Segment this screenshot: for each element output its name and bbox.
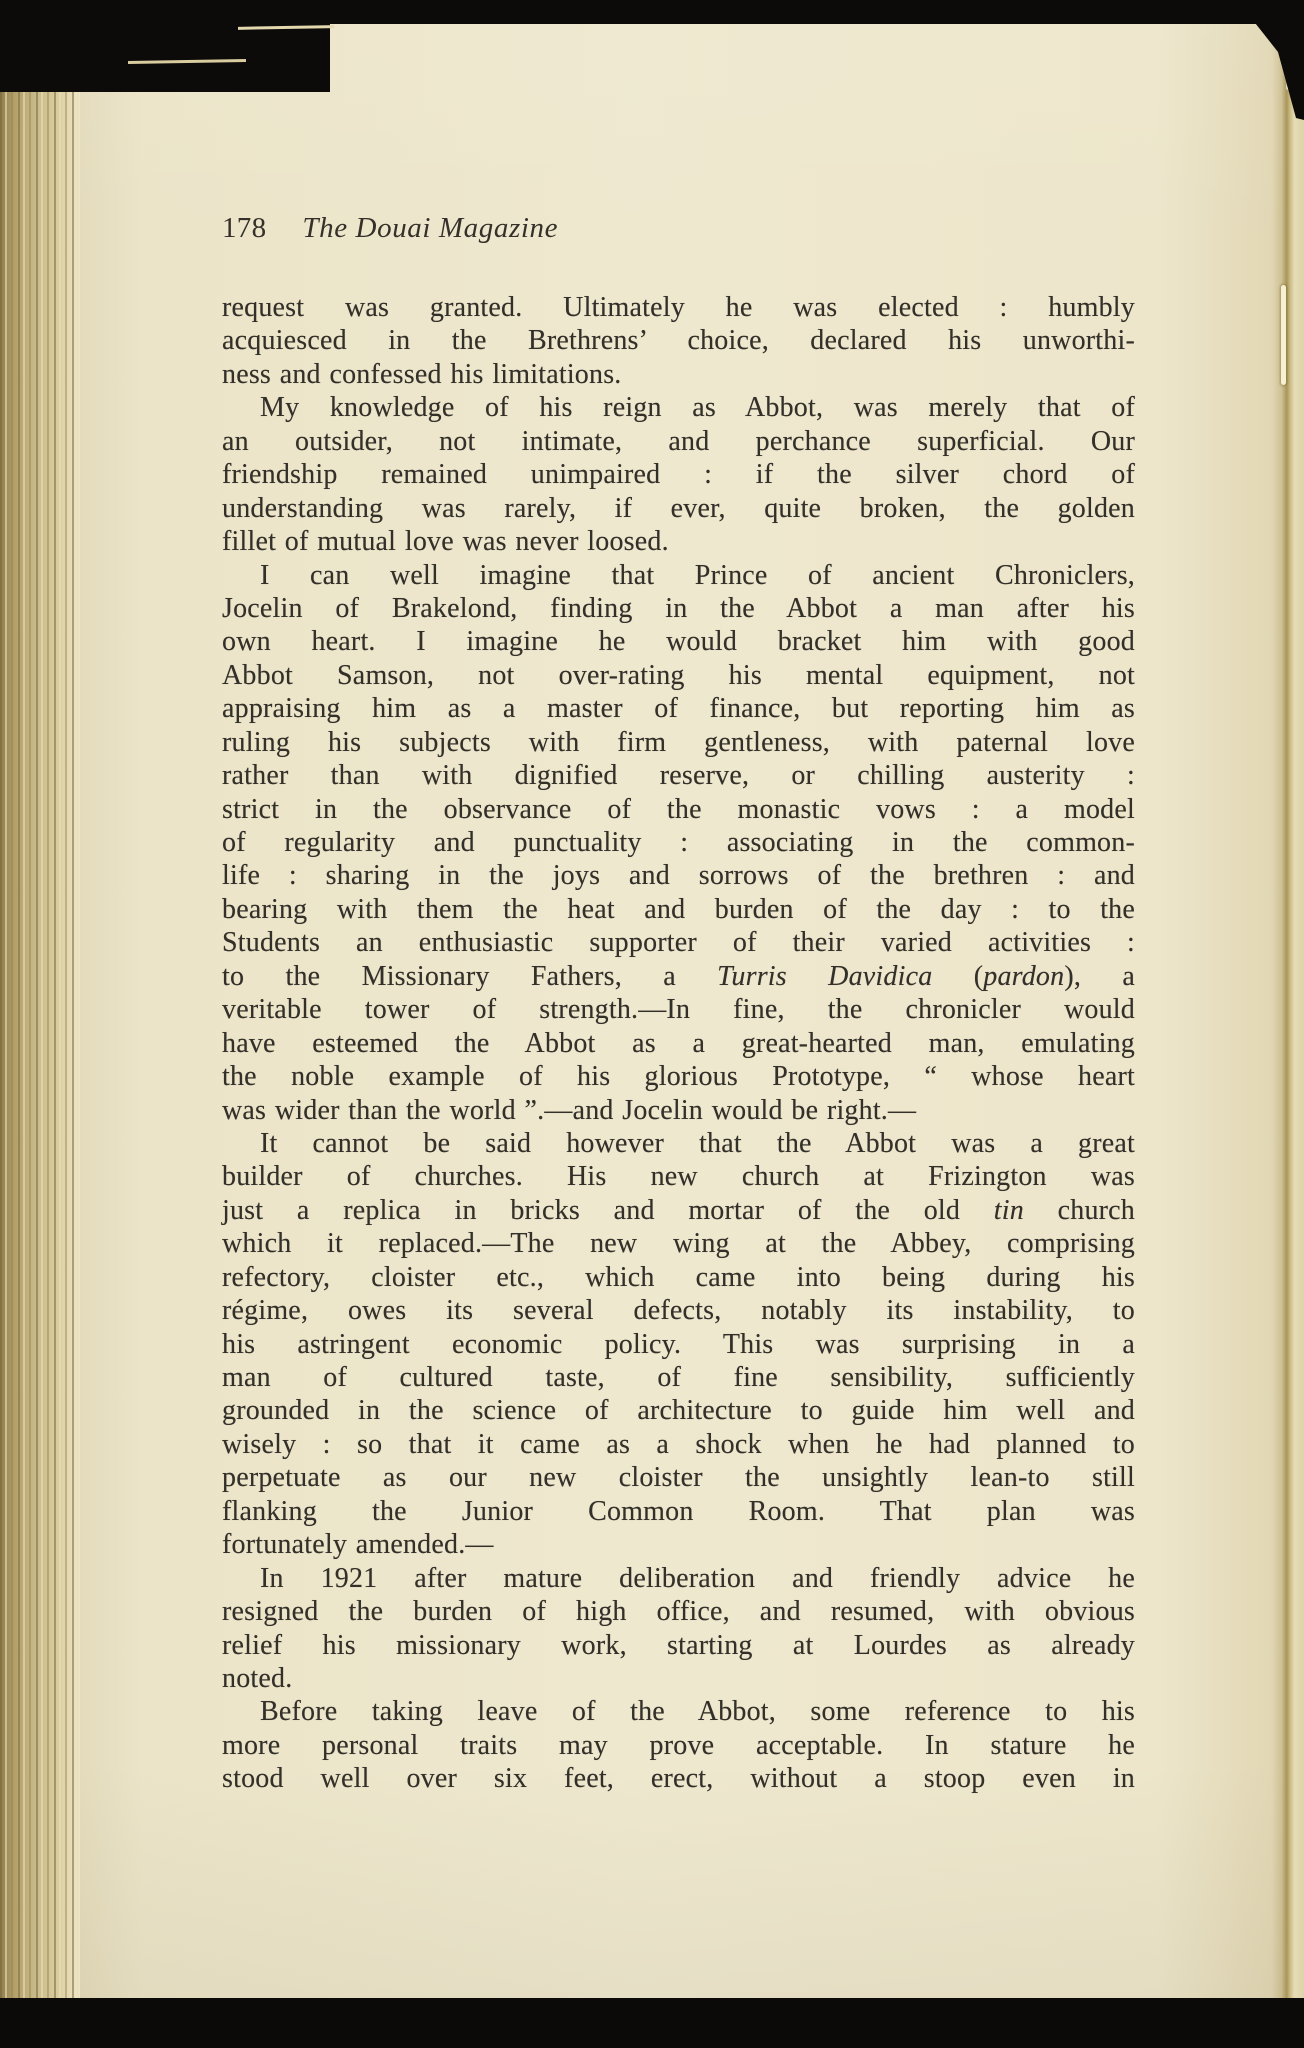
paragraph: It cannot be said however that the Abbot…: [222, 1127, 1135, 1562]
text-segment: veritable tower of strength.—In fine, th…: [222, 994, 1135, 1025]
paragraph: I can well imagine that Prince of ancien…: [222, 559, 1135, 1127]
text-segment: perpetuate as our new cloister the unsig…: [222, 1462, 1135, 1493]
text-segment: own heart. I imagine he would bracket hi…: [222, 626, 1135, 657]
text-segment: church: [1024, 1195, 1135, 1226]
text-line: It cannot be said however that the Abbot…: [222, 1127, 1135, 1160]
text-segment: friendship remained unimpaired : if the …: [222, 459, 1135, 490]
text-segment: ness and confessed his limitations.: [222, 359, 622, 390]
text-line: Abbot Samson, not over-rating his mental…: [222, 659, 1135, 692]
text-line: stood well over six feet, erect, without…: [222, 1762, 1135, 1795]
text-segment: wisely : so that it came as a shock when…: [222, 1429, 1135, 1460]
text-line: bearing with them the heat and burden of…: [222, 893, 1135, 926]
page-edge-highlight: [1281, 285, 1286, 385]
bottom-black-band: [0, 1998, 1304, 2048]
text-line: relief his missionary work, starting at …: [222, 1629, 1135, 1662]
text-segment: Before taking leave of the Abbot, some r…: [260, 1696, 1135, 1727]
text-segment: an outsider, not intimate, and perchance…: [222, 426, 1135, 457]
text-line: which it replaced.—The new wing at the A…: [222, 1227, 1135, 1260]
text-segment: flanking the Junior Common Room. That pl…: [222, 1496, 1135, 1527]
page-number: 178: [222, 212, 266, 245]
paragraph: Before taking leave of the Abbot, some r…: [222, 1695, 1135, 1795]
text-line: refectory, cloister etc., which came int…: [222, 1261, 1135, 1294]
text-line: just a replica in bricks and mortar of t…: [222, 1194, 1135, 1227]
text-segment: bearing with them the heat and burden of…: [222, 894, 1135, 925]
text-line: ness and confessed his limitations.: [222, 358, 1135, 391]
text-segment: acquiesced in the Brethrens’ choice, dec…: [222, 325, 1135, 356]
page-header: 178The Douai Magazine: [222, 212, 1135, 252]
binding-stitch-line: [0, 2020, 1304, 2023]
text-segment: grounded in the science of architecture …: [222, 1395, 1135, 1426]
text-segment: resigned the burden of high office, and …: [222, 1596, 1135, 1627]
text-segment: appraising him as a master of finance, b…: [222, 693, 1135, 724]
text-line: ruling his subjects with firm gentleness…: [222, 726, 1135, 759]
text-segment: builder of churches. His new church at F…: [222, 1161, 1135, 1192]
text-line: wisely : so that it came as a shock when…: [222, 1428, 1135, 1461]
book-spread: 178The Douai Magazine request was grante…: [0, 0, 1304, 2048]
text-line: man of cultured taste, of fine sensibili…: [222, 1361, 1135, 1394]
text-line: fortunately amended.—: [222, 1528, 1135, 1561]
top-left-page-corner-steps: [0, 0, 330, 92]
text-line: life : sharing in the joys and sorrows o…: [222, 859, 1135, 892]
text-segment: was wider than the world ”.—and Jocelin …: [222, 1095, 916, 1126]
text-line: I can well imagine that Prince of ancien…: [222, 559, 1135, 592]
text-line: request was granted. Ultimately he was e…: [222, 291, 1135, 324]
text-line: flanking the Junior Common Room. That pl…: [222, 1495, 1135, 1528]
text-segment: refectory, cloister etc., which came int…: [222, 1262, 1135, 1293]
text-segment: noted.: [222, 1663, 292, 1694]
text-line: rather than with dignified reserve, or c…: [222, 759, 1135, 792]
text-line: Jocelin of Brakelond, finding in the Abb…: [222, 592, 1135, 625]
text-line: builder of churches. His new church at F…: [222, 1160, 1135, 1193]
gutter-shadow: [1272, 24, 1304, 2000]
italic-text-segment: tin: [994, 1195, 1024, 1226]
text-line: perpetuate as our new cloister the unsig…: [222, 1461, 1135, 1494]
text-line: of regularity and punctuality : associat…: [222, 826, 1135, 859]
text-line: an outsider, not intimate, and perchance…: [222, 425, 1135, 458]
text-line: the noble example of his glorious Protot…: [222, 1060, 1135, 1093]
text-line: My knowledge of his reign as Abbot, was …: [222, 391, 1135, 424]
text-segment: just a replica in bricks and mortar of t…: [222, 1195, 994, 1226]
text-segment: rather than with dignified reserve, or c…: [222, 760, 1135, 791]
text-line: strict in the observance of the monastic…: [222, 793, 1135, 826]
text-line: veritable tower of strength.—In fine, th…: [222, 993, 1135, 1026]
text-segment: of regularity and punctuality : associat…: [222, 827, 1135, 858]
text-line: appraising him as a master of finance, b…: [222, 692, 1135, 725]
text-line: understanding was rarely, if ever, quite…: [222, 492, 1135, 525]
text-segment: man of cultured taste, of fine sensibili…: [222, 1362, 1135, 1393]
text-line: Before taking leave of the Abbot, some r…: [222, 1695, 1135, 1728]
italic-text-segment: Turris Davidica: [717, 961, 932, 992]
text-segment: ruling his subjects with firm gentleness…: [222, 727, 1135, 758]
text-segment: Jocelin of Brakelond, finding in the Abb…: [222, 593, 1135, 624]
text-line: In 1921 after mature deliberation and fr…: [222, 1562, 1135, 1595]
text-line: Students an enthusiastic supporter of th…: [222, 926, 1135, 959]
text-line: régime, owes its several defects, notabl…: [222, 1294, 1135, 1327]
text-segment: (: [932, 961, 983, 992]
text-line: more personal traits may prove acceptabl…: [222, 1729, 1135, 1762]
text-line: to the Missionary Fathers, a Turris Davi…: [222, 960, 1135, 993]
paragraph: My knowledge of his reign as Abbot, was …: [222, 391, 1135, 558]
magazine-title: The Douai Magazine: [302, 212, 558, 245]
text-segment: régime, owes its several defects, notabl…: [222, 1295, 1135, 1326]
text-line: own heart. I imagine he would bracket hi…: [222, 625, 1135, 658]
text-segment: his astringent economic policy. This was…: [222, 1329, 1135, 1360]
text-line: his astringent economic policy. This was…: [222, 1328, 1135, 1361]
text-segment: My knowledge of his reign as Abbot, was …: [260, 392, 1135, 423]
text-line: friendship remained unimpaired : if the …: [222, 458, 1135, 491]
text-segment: I can well imagine that Prince of ancien…: [260, 560, 1135, 591]
text-line: grounded in the science of architecture …: [222, 1394, 1135, 1427]
text-segment: It cannot be said however that the Abbot…: [260, 1128, 1135, 1159]
text-segment: which it replaced.—The new wing at the A…: [222, 1228, 1135, 1259]
text-line: resigned the burden of high office, and …: [222, 1595, 1135, 1628]
text-segment: have esteemed the Abbot as a great-heart…: [222, 1028, 1135, 1059]
text-segment: fillet of mutual love was never loosed.: [222, 526, 669, 557]
text-segment: to the Missionary Fathers, a: [222, 961, 717, 992]
text-segment: fortunately amended.—: [222, 1529, 494, 1560]
text-segment: stood well over six feet, erect, without…: [222, 1763, 1135, 1794]
paragraph: request was granted. Ultimately he was e…: [222, 291, 1135, 391]
text-segment: relief his missionary work, starting at …: [222, 1630, 1135, 1661]
text-segment: request was granted. Ultimately he was e…: [222, 292, 1135, 323]
text-segment: In 1921 after mature deliberation and fr…: [260, 1563, 1135, 1594]
text-line: fillet of mutual love was never loosed.: [222, 525, 1135, 558]
text-line: was wider than the world ”.—and Jocelin …: [222, 1094, 1135, 1127]
text-segment: the noble example of his glorious Protot…: [222, 1061, 1135, 1092]
text-segment: strict in the observance of the monastic…: [222, 794, 1135, 825]
text-segment: more personal traits may prove acceptabl…: [222, 1730, 1135, 1761]
text-segment: Students an enthusiastic supporter of th…: [222, 927, 1135, 958]
italic-text-segment: pardon: [983, 961, 1064, 992]
text-line: noted.: [222, 1662, 1135, 1695]
text-segment: Abbot Samson, not over-rating his mental…: [222, 660, 1135, 691]
text-segment: ), a: [1064, 961, 1135, 992]
text-line: acquiesced in the Brethrens’ choice, dec…: [222, 324, 1135, 357]
page-stack-fore-edge: [0, 18, 82, 2000]
text-segment: life : sharing in the joys and sorrows o…: [222, 860, 1135, 891]
text-line: have esteemed the Abbot as a great-heart…: [222, 1027, 1135, 1060]
text-block: request was granted. Ultimately he was e…: [222, 291, 1135, 1796]
paragraph: In 1921 after mature deliberation and fr…: [222, 1562, 1135, 1696]
text-segment: understanding was rarely, if ever, quite…: [222, 493, 1135, 524]
